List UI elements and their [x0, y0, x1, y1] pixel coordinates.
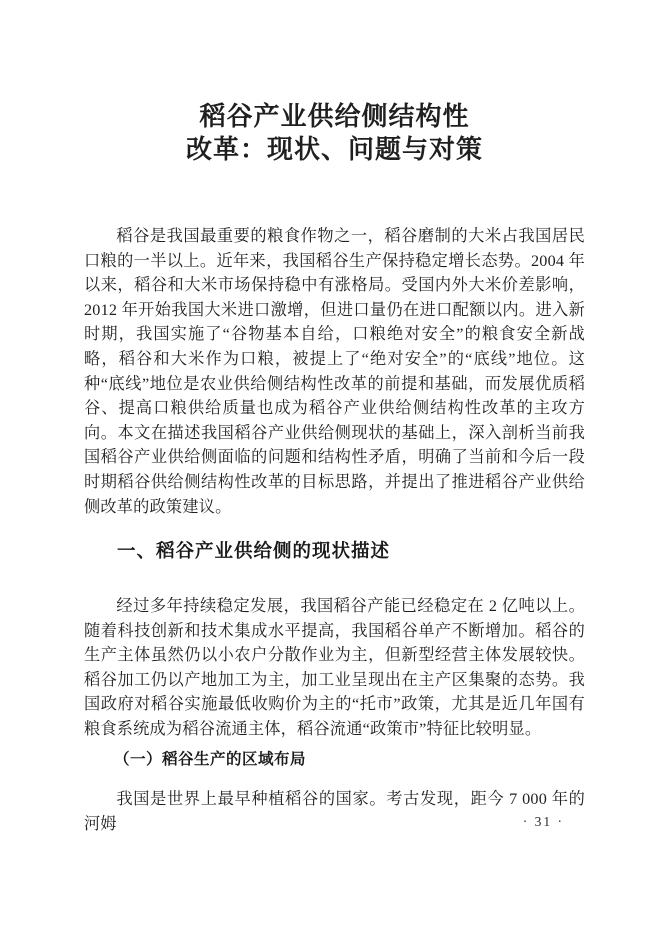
section-1-paragraph: 经过多年持续稳定发展，我国稻谷产能已经稳定在 2 亿吨以上。随着科技创新和技术集… [84, 594, 585, 742]
article-title-line-2: 改革：现状、问题与对策 [0, 133, 669, 166]
intro-paragraph: 稻谷是我国最重要的粮食作物之一，稻谷磨制的大米占我国居民口粮的一半以上。近年来，… [84, 224, 585, 519]
page-number: · 31 · [84, 813, 585, 831]
article-title-line-1: 稻谷产业供给侧结构性 [0, 100, 669, 133]
document-page: 稻谷产业供给侧结构性 改革：现状、问题与对策 稻谷是我国最重要的粮食作物之一，稻… [0, 0, 669, 945]
article-title: 稻谷产业供给侧结构性 改革：现状、问题与对策 [0, 100, 669, 166]
subsection-1-heading: （一）稻谷生产的区域布局 [84, 749, 615, 771]
section-1-heading: 一、稻谷产业供给侧的现状描述 [84, 538, 618, 564]
